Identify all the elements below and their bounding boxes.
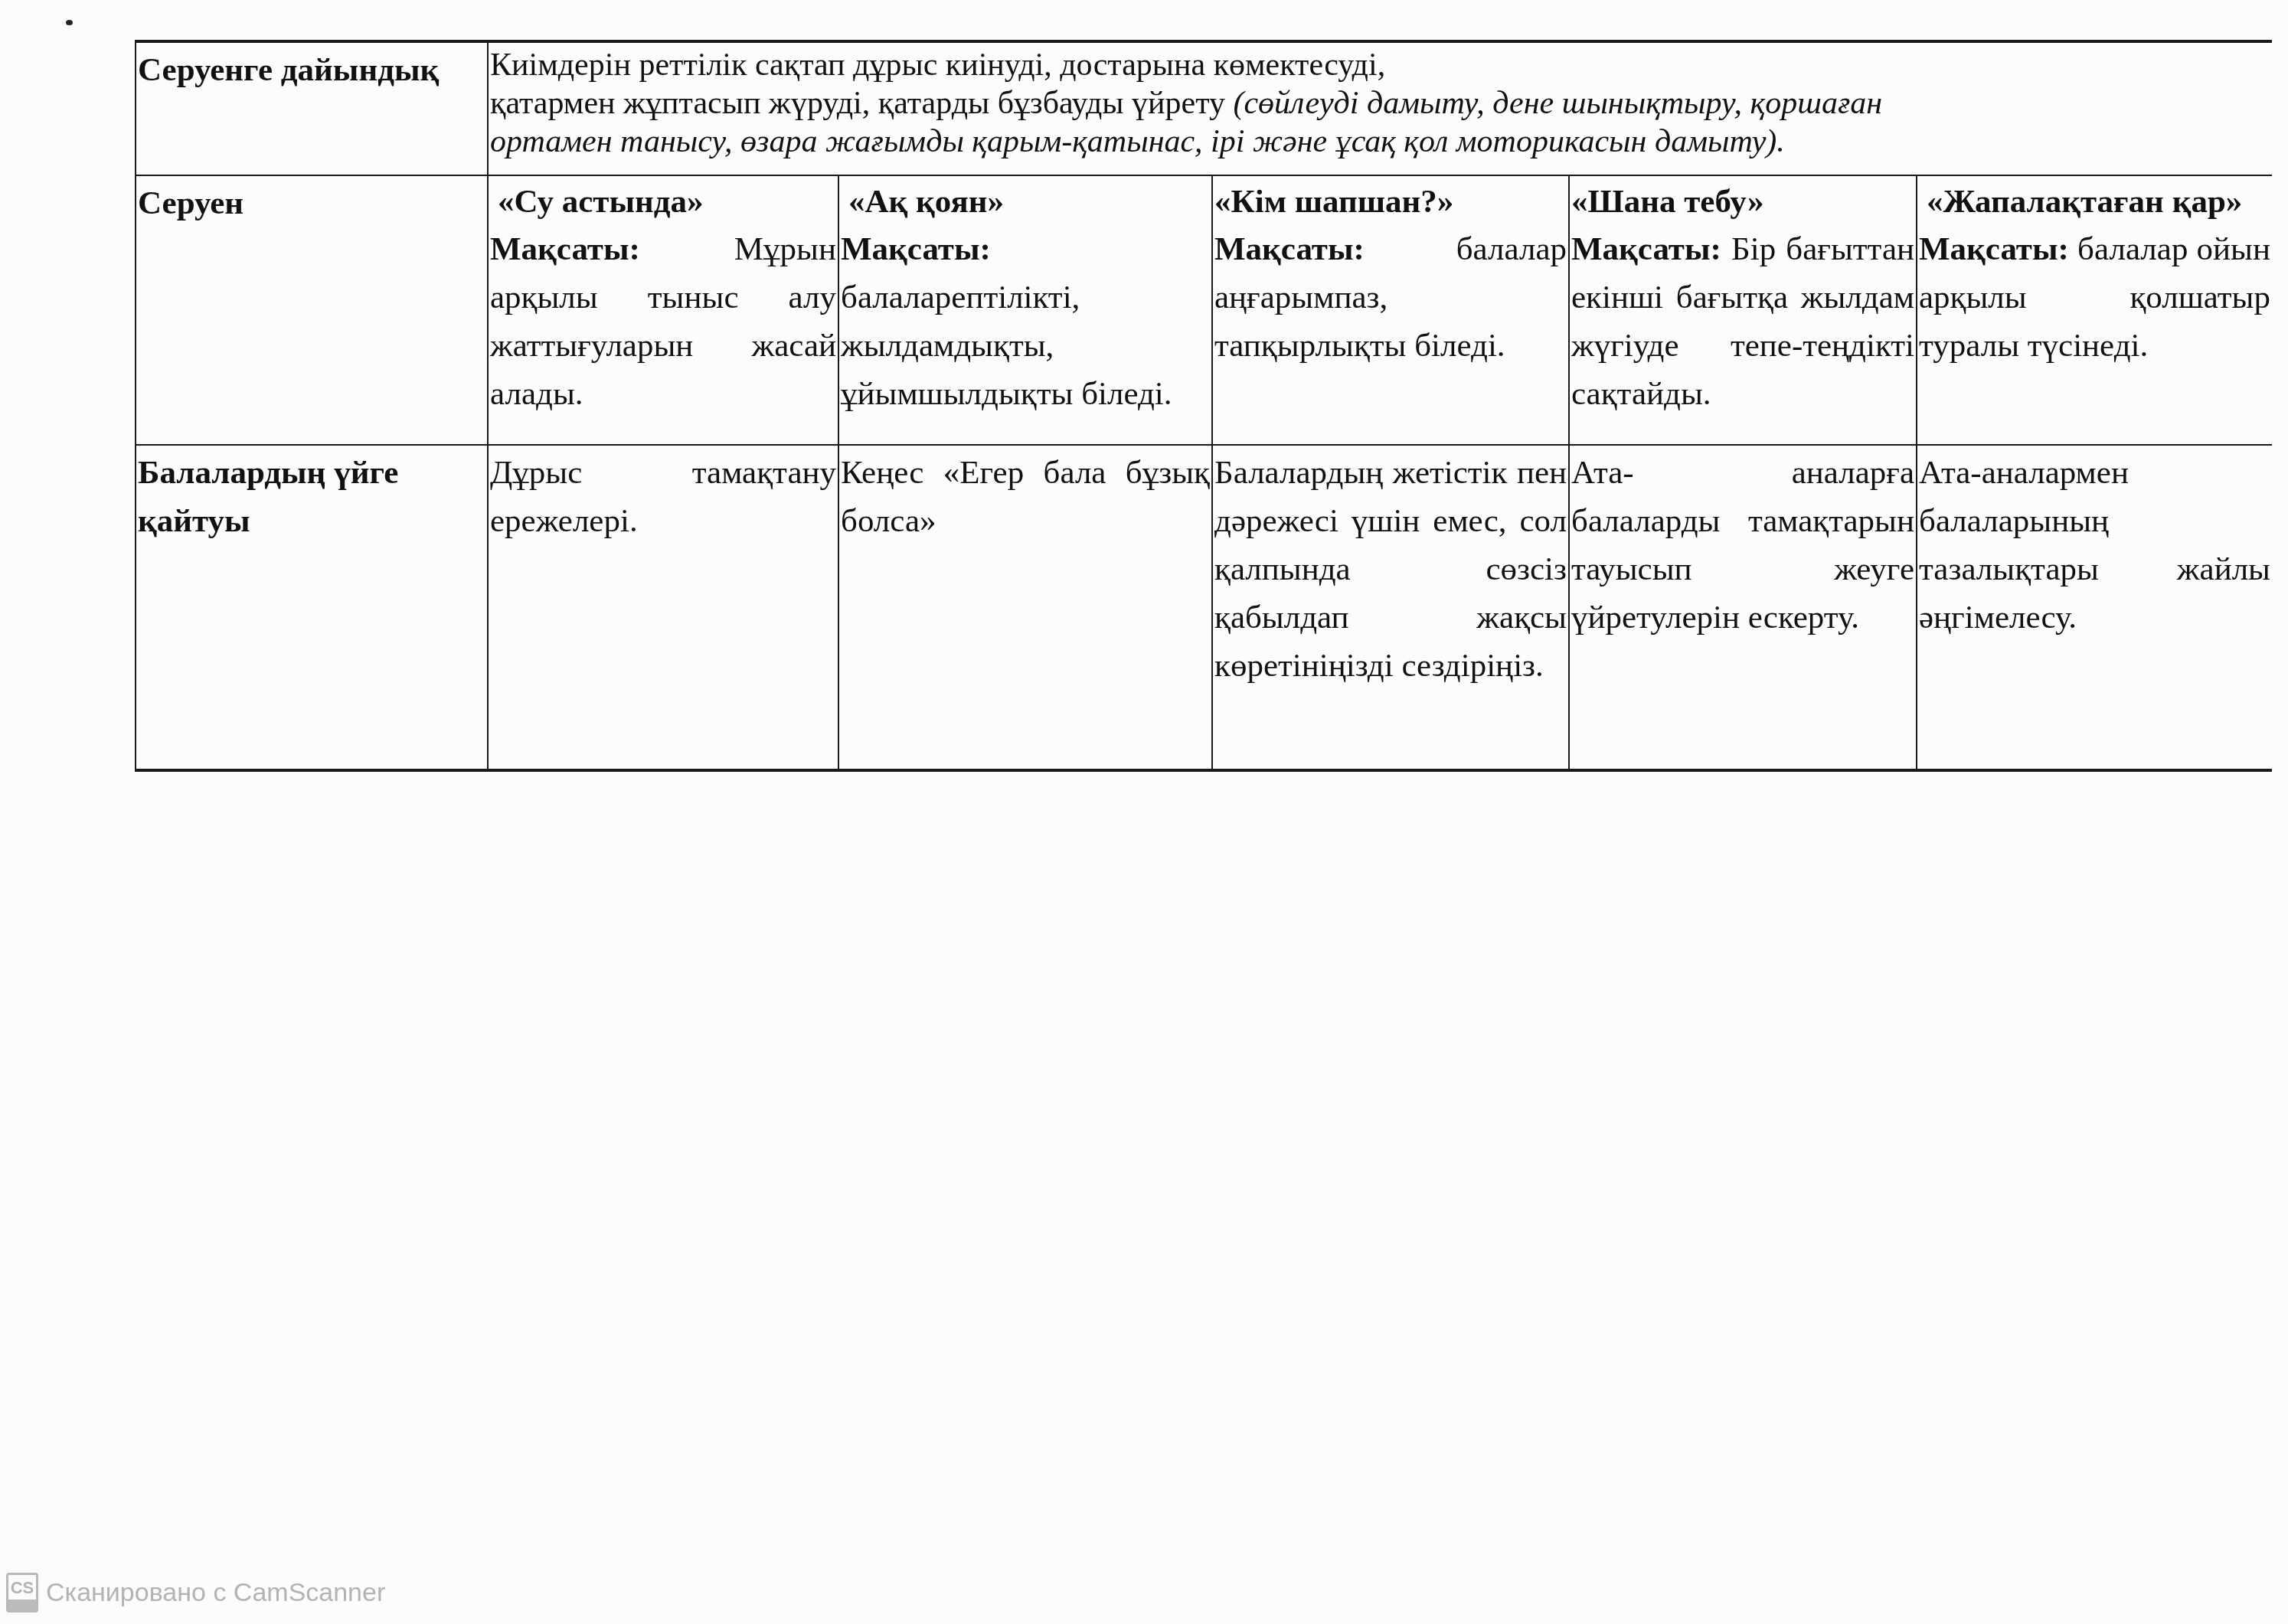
row-label-going-home: Балалардың үйге қайтуы <box>136 445 488 770</box>
camscanner-logo-icon: CS <box>6 1573 38 1613</box>
goal-text: балаларептілікті, жылдамдықты, ұйымшылды… <box>841 279 1172 412</box>
goal-label: Мақсаты: <box>1214 231 1365 267</box>
going-home-cell: Дұрыс тамақтану ережелері. <box>488 445 838 770</box>
goal-label: Мақсаты: <box>1919 231 2069 267</box>
daily-plan-table: Серуенге дайындық Киімдерін реттілік сақ… <box>135 40 2272 772</box>
game-cell: «Жапалақтаған қар» Мақсаты: балалар ойын… <box>1917 175 2272 445</box>
walk-preparation-content: Киімдерін реттілік сақтап дұрыс киінуді,… <box>488 41 2272 175</box>
prep-line-3-italic: ортамен танысу, өзара жағымды қарым-қаты… <box>490 123 2270 161</box>
game-cell: «Кім шапшан?» Мақсаты: балалар аңғарымпа… <box>1212 175 1569 445</box>
watermark-text: Сканировано с CamScanner <box>46 1578 385 1608</box>
going-home-cell: Ата-аналармен балаларының тазалықтары жа… <box>1917 445 2272 770</box>
going-home-cell: Кеңес «Егер бала бұзық болса» <box>838 445 1212 770</box>
going-home-cell: Балалардың жетістік пен дәрежесі үшін ем… <box>1212 445 1569 770</box>
row-label-walk: Серуен <box>136 175 488 445</box>
prep-line-1: Киімдерін реттілік сақтап дұрыс киінуді,… <box>490 46 2270 84</box>
game-title: «Су астында» <box>490 179 836 225</box>
prep-line-2: қатармен жұптасып жүруді, қатарды бұзбау… <box>490 84 2270 123</box>
camscanner-watermark: CS Сканировано с CamScanner <box>6 1573 385 1613</box>
prep-line-2-text: қатармен жұптасып жүруді, қатарды бұзбау… <box>490 86 1225 121</box>
table-row-going-home: Балалардың үйге қайтуы Дұрыс тамақтану е… <box>136 445 2272 770</box>
goal-label: Мақсаты: <box>841 231 991 267</box>
game-title: «Жапалақтаған қар» <box>1919 179 2270 225</box>
table-row-walk: Серуен «Су астында» Мақсаты: Мұрын арқыл… <box>136 175 2272 445</box>
game-title: «Шана тебу» <box>1571 179 1914 225</box>
going-home-cell: Ата- аналарға балаларды тамақтарын тауыс… <box>1569 445 1917 770</box>
game-title: «Ақ қоян» <box>841 179 1210 225</box>
table-row-walk-preparation: Серуенге дайындық Киімдерін реттілік сақ… <box>136 41 2272 175</box>
game-title: «Кім шапшан?» <box>1214 179 1567 225</box>
row-label-walk-preparation: Серуенге дайындық <box>136 41 488 175</box>
game-cell: «Ақ қоян» Мақсаты: балаларептілікті, жыл… <box>838 175 1212 445</box>
cs-logo-text: CS <box>11 1578 34 1598</box>
game-cell: «Су астында» Мақсаты: Мұрын арқылы тыныс… <box>488 175 838 445</box>
goal-label: Мақсаты: <box>1571 231 1721 267</box>
prep-line-2-italic: (сөйлеуді дамыту, дене шынықтыру, қоршағ… <box>1225 86 1882 121</box>
goal-label: Мақсаты: <box>490 231 640 267</box>
game-cell: «Шана тебу» Мақсаты: Бір бағыттан екінші… <box>1569 175 1917 445</box>
scan-speck <box>66 20 73 25</box>
